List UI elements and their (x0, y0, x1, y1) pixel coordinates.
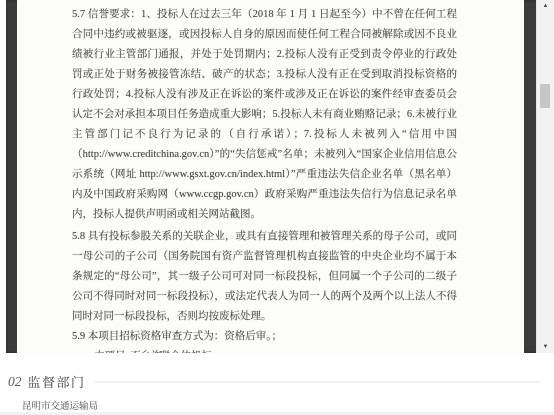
joint-venture-emphasis: 不允许 (128, 351, 160, 353)
section-header: 02 监督部门 (8, 372, 540, 391)
joint-venture-suffix: 联合体投标。 (160, 351, 223, 353)
document-page: 5.7 信誉要求：1、投标人在过去三年（2018 年 1 月 1 日起至今）中不… (17, 0, 524, 353)
scroll-down-icon[interactable]: ▼ (537, 342, 554, 352)
pdf-viewer: 5.7 信誉要求：1、投标人在过去三年（2018 年 1 月 1 日起至今）中不… (6, 0, 554, 353)
document-text: 5.7 信誉要求：1、投标人在过去三年（2018 年 1 月 1 日起至今）中不… (17, 0, 524, 353)
clause-5-9: 5.9 本项目招标资格审查方式为：资格后审。； (72, 327, 457, 347)
scroll-up-icon[interactable]: ▲ (537, 1, 554, 11)
scrollbar-thumb[interactable] (540, 84, 550, 108)
section-divider (94, 381, 540, 383)
page-root: 5.7 信誉要求：1、投标人在过去三年（2018 年 1 月 1 日起至今）中不… (0, 0, 554, 415)
section-number: 02 (8, 374, 22, 390)
clause-5-8: 5.8 具有投标参股关系的关联企业，或具有直接管理和被管理关系的母子公司，或同一… (72, 227, 457, 327)
clause-joint-venture: 本项目 不允许联合体投标。 (72, 347, 457, 353)
department-name: 昆明市交通运输局 (22, 398, 98, 412)
section-title: 监督部门 (28, 372, 86, 391)
joint-venture-prefix: 本项目 (94, 351, 128, 353)
clause-5-7: 5.7 信誉要求：1、投标人在过去三年（2018 年 1 月 1 日起至今）中不… (72, 5, 457, 225)
viewer-scrollbar[interactable]: ▲ ▼ (536, 0, 554, 353)
